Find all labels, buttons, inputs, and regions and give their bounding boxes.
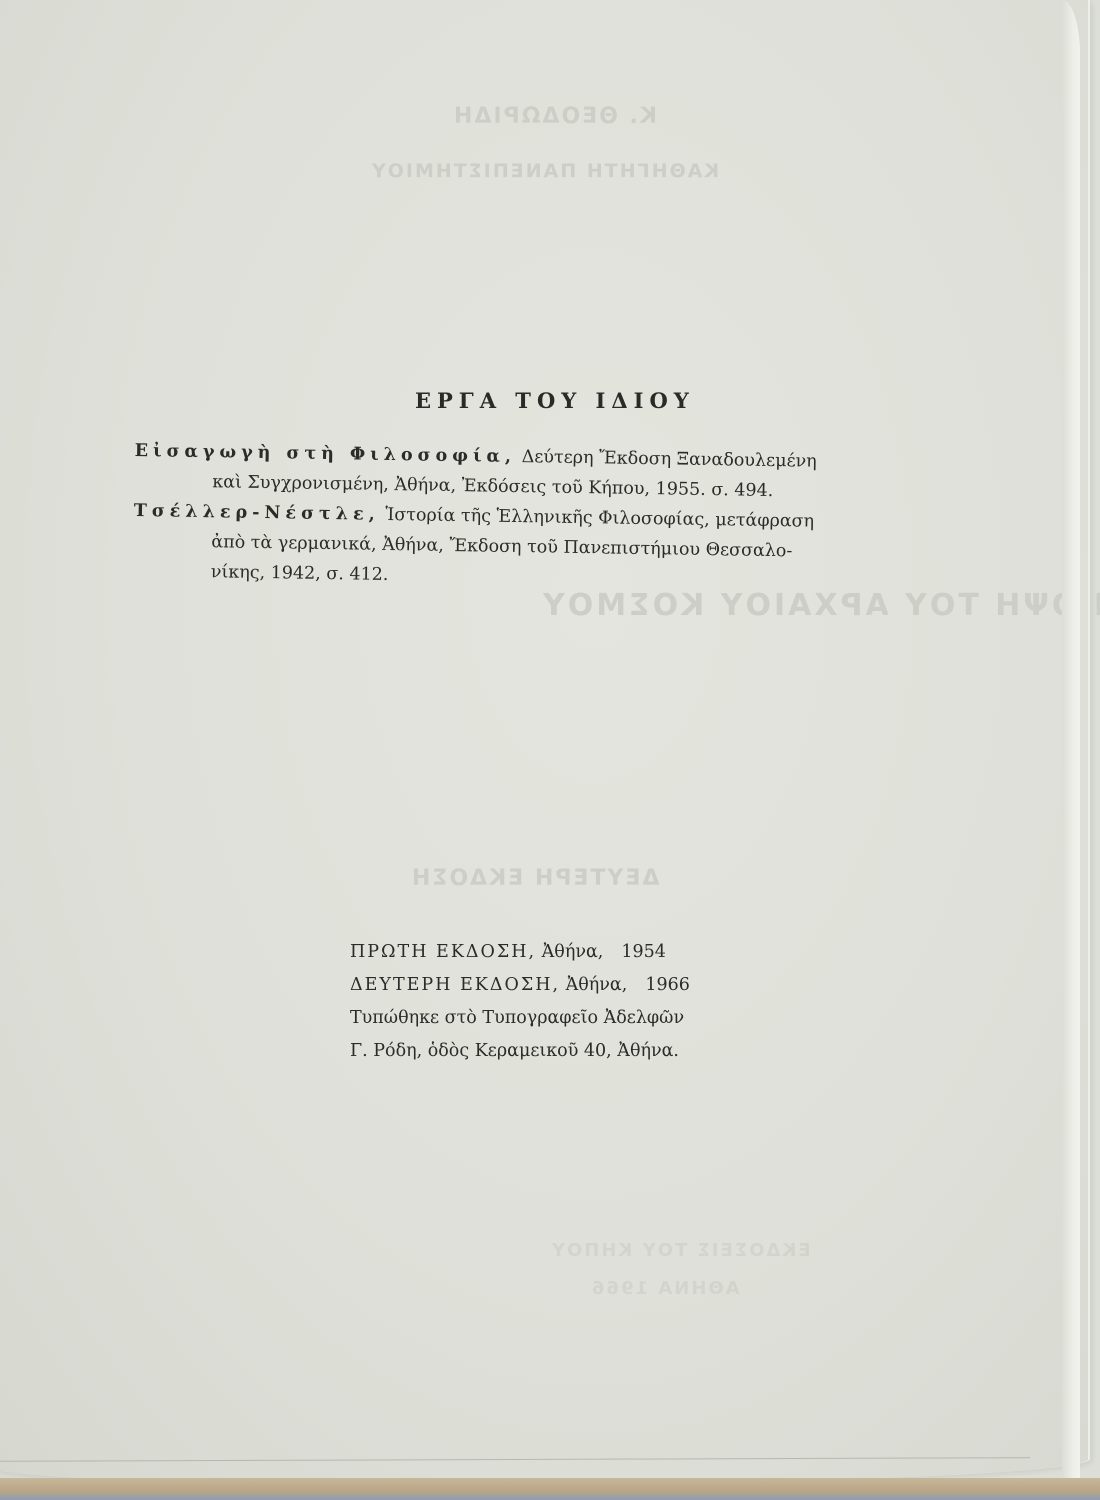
- bleed-publisher: ΕΚΔΟΣΕΙΣ ΤΟΥ ΚΗΠΟΥ: [550, 1240, 811, 1261]
- first-edition-place: Ἀθήνα,: [542, 942, 604, 962]
- second-edition-place: Ἀθήνα,: [566, 975, 628, 995]
- bleed-place-year: ΑΘΗΝΑ 1966: [590, 1278, 740, 1299]
- bleed-affiliation: ΚΑΘΗΓΗΤΗ ΠΑΝΕΠΙΣΤΗΜΙΟΥ: [370, 160, 719, 182]
- photo-stage: Κ. ΘΕΟΔΩΡΙΔΗ ΚΑΘΗΓΗΤΗ ΠΑΝΕΠΙΣΤΗΜΙΟΥ Η ΑΛ…: [0, 0, 1100, 1500]
- works-entry-2-author: Τσέλλερ-Νέστλε,: [134, 501, 380, 525]
- first-edition-label: ΠΡΩΤΗ ΕΚΔΟΣΗ,: [350, 942, 536, 962]
- works-entry-1-title: Εἰσαγωγὴ στὴ Φιλοσοφία,: [135, 441, 517, 467]
- colophon: ΠΡΩΤΗ ΕΚΔΟΣΗ, Ἀθήνα,1954 ΔΕΥΤΕΡΗ ΕΚΔΟΣΗ,…: [350, 936, 690, 1068]
- second-edition-label: ΔΕΥΤΕΡΗ ΕΚΔΟΣΗ,: [350, 975, 560, 995]
- page-bottom-edge: [0, 1457, 1030, 1463]
- bleed-author: Κ. ΘΕΟΔΩΡΙΔΗ: [452, 104, 657, 129]
- page-right-edge: [1062, 0, 1080, 1480]
- book-page: Κ. ΘΕΟΔΩΡΙΔΗ ΚΑΘΗΓΗΤΗ ΠΑΝΕΠΙΣΤΗΜΙΟΥ Η ΑΛ…: [0, 0, 1088, 1485]
- works-entry-1-edition: Δεύτερη Ἔκδοση Ξαναδουλεμένη: [521, 447, 816, 472]
- first-edition-year: 1954: [621, 942, 666, 962]
- works-heading: ΕΡΓΑ ΤΟΥ ΙΔΙΟΥ: [415, 388, 695, 413]
- printer-line-1: Τυπώθηκε στὸ Τυπογραφεῖο Ἀδελφῶν: [350, 1002, 690, 1035]
- bleed-edition: ΔΕΥΤΕΡΗ ΕΚΔΟΣΗ: [410, 866, 659, 891]
- works-list: Εἰσαγωγὴ στὴ Φιλοσοφία, Δεύτερη Ἔκδοση Ξ…: [133, 436, 1005, 600]
- first-edition-line: ΠΡΩΤΗ ΕΚΔΟΣΗ, Ἀθήνα,1954: [350, 936, 690, 969]
- second-edition-year: 1966: [645, 975, 690, 995]
- second-edition-line: ΔΕΥΤΕΡΗ ΕΚΔΟΣΗ, Ἀθήνα,1966: [350, 969, 690, 1002]
- printer-line-2: Γ. Ρόδη, ὁδὸς Κεραμεικοῦ 40, Ἀθήνα.: [350, 1035, 690, 1068]
- works-entry-2-title: Ἱστορία τῆς Ἑλληνικῆς Φιλοσοφίας, μετάφρ…: [385, 505, 814, 532]
- book-cover-edge: [0, 1478, 1100, 1500]
